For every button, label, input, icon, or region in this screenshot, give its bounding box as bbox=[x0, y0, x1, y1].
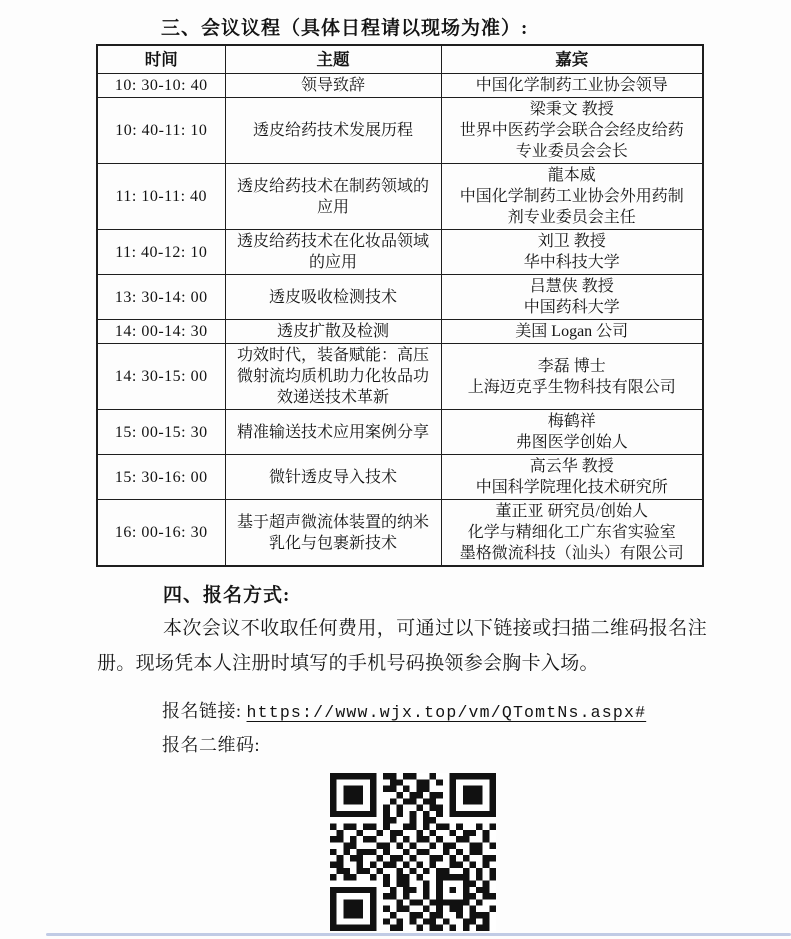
agenda-header-time: 时间 bbox=[97, 45, 225, 74]
agenda-cell-topic: 基于超声微流体装置的纳米 乳化与包裹新技术 bbox=[225, 500, 441, 567]
agenda-cell-guest: 高云华 教授 中国科学院理化技术研究所 bbox=[441, 455, 703, 500]
registration-link-url[interactable]: https://www.wjx.top/vm/QTomtNs.aspx# bbox=[247, 703, 647, 722]
registration-link-line: 报名链接: https://www.wjx.top/vm/QTomtNs.asp… bbox=[162, 697, 646, 723]
agenda-cell-time: 10: 30-10: 40 bbox=[97, 74, 225, 98]
agenda-header-topic: 主题 bbox=[225, 45, 441, 74]
agenda-header-guest: 嘉宾 bbox=[441, 45, 703, 74]
agenda-cell-guest: 刘卫 教授 华中科技大学 bbox=[441, 230, 703, 275]
agenda-cell-guest: 中国化学制药工业协会领导 bbox=[441, 74, 703, 98]
agenda-cell-topic: 透皮吸收检测技术 bbox=[225, 275, 441, 320]
registration-qr-code bbox=[330, 773, 496, 931]
agenda-row: 13: 30-14: 00 透皮吸收检测技术 吕慧侠 教授 中国药科大学 bbox=[97, 275, 703, 320]
registration-link-label: 报名链接: bbox=[162, 701, 247, 721]
agenda-cell-time: 14: 30-15: 00 bbox=[97, 344, 225, 410]
agenda-cell-topic: 透皮给药技术发展历程 bbox=[225, 98, 441, 164]
agenda-row: 14: 00-14: 30 透皮扩散及检测 美国 Logan 公司 bbox=[97, 320, 703, 344]
agenda-row: 11: 40-12: 10 透皮给药技术在化妆品领域 的应用 刘卫 教授 华中科… bbox=[97, 230, 703, 275]
scan-artifact-line bbox=[46, 933, 791, 936]
section4-heading: 四、报名方式: bbox=[163, 580, 290, 607]
agenda-table: 时间 主题 嘉宾 10: 30-10: 40 领导致辞 中国化学制药工业协会领导… bbox=[96, 44, 704, 567]
agenda-cell-topic: 领导致辞 bbox=[225, 74, 441, 98]
section3-heading: 三、会议议程（具体日程请以现场为准）: bbox=[161, 13, 528, 40]
agenda-cell-time: 11: 40-12: 10 bbox=[97, 230, 225, 275]
agenda-cell-guest: 梅鹤祥 弗图医学创始人 bbox=[441, 410, 703, 455]
agenda-cell-topic: 精准输送技术应用案例分享 bbox=[225, 410, 441, 455]
agenda-cell-topic: 功效时代，装备赋能：高压 微射流均质机助力化妆品功 效递送技术革新 bbox=[225, 344, 441, 410]
agenda-row: 15: 00-15: 30 精准输送技术应用案例分享 梅鹤祥 弗图医学创始人 bbox=[97, 410, 703, 455]
agenda-cell-time: 14: 00-14: 30 bbox=[97, 320, 225, 344]
agenda-header-row: 时间 主题 嘉宾 bbox=[97, 45, 703, 74]
agenda-row: 16: 00-16: 30 基于超声微流体装置的纳米 乳化与包裹新技术 董正亚 … bbox=[97, 500, 703, 567]
agenda-cell-topic: 透皮扩散及检测 bbox=[225, 320, 441, 344]
agenda-cell-guest: 李磊 博士 上海迈克孚生物科技有限公司 bbox=[441, 344, 703, 410]
agenda-row: 14: 30-15: 00 功效时代，装备赋能：高压 微射流均质机助力化妆品功 … bbox=[97, 344, 703, 410]
agenda-cell-time: 15: 00-15: 30 bbox=[97, 410, 225, 455]
qr-code-label: 报名二维码: bbox=[162, 731, 260, 757]
agenda-cell-guest: 美国 Logan 公司 bbox=[441, 320, 703, 344]
agenda-cell-topic: 微针透皮导入技术 bbox=[225, 455, 441, 500]
agenda-cell-topic: 透皮给药技术在制药领域的 应用 bbox=[225, 164, 441, 230]
agenda-cell-time: 15: 30-16: 00 bbox=[97, 455, 225, 500]
scanned-document-page: 三、会议议程（具体日程请以现场为准）: 时间 主题 嘉宾 10: 30-10: … bbox=[0, 0, 791, 939]
agenda-cell-time: 11: 10-11: 40 bbox=[97, 164, 225, 230]
agenda-cell-time: 10: 40-11: 10 bbox=[97, 98, 225, 164]
agenda-cell-guest: 董正亚 研究员/创始人 化学与精细化工广东省实验室 墨格微流科技（汕头）有限公司 bbox=[441, 500, 703, 567]
agenda-row: 10: 40-11: 10 透皮给药技术发展历程 梁秉文 教授 世界中医药学会联… bbox=[97, 98, 703, 164]
registration-paragraph: 本次会议不收取任何费用，可通过以下链接或扫描二维码报名注册。现场凭本人注册时填写… bbox=[97, 611, 707, 681]
agenda-cell-guest: 吕慧侠 教授 中国药科大学 bbox=[441, 275, 703, 320]
agenda-cell-topic: 透皮给药技术在化妆品领域 的应用 bbox=[225, 230, 441, 275]
agenda-cell-guest: 梁秉文 教授 世界中医药学会联合会经皮给药 专业委员会会长 bbox=[441, 98, 703, 164]
agenda-cell-guest: 龍本威 中国化学制药工业协会外用药制 剂专业委员会主任 bbox=[441, 164, 703, 230]
agenda-cell-time: 16: 00-16: 30 bbox=[97, 500, 225, 567]
agenda-row: 10: 30-10: 40 领导致辞 中国化学制药工业协会领导 bbox=[97, 74, 703, 98]
agenda-cell-time: 13: 30-14: 00 bbox=[97, 275, 225, 320]
agenda-row: 15: 30-16: 00 微针透皮导入技术 高云华 教授 中国科学院理化技术研… bbox=[97, 455, 703, 500]
agenda-row: 11: 10-11: 40 透皮给药技术在制药领域的 应用 龍本威 中国化学制药… bbox=[97, 164, 703, 230]
